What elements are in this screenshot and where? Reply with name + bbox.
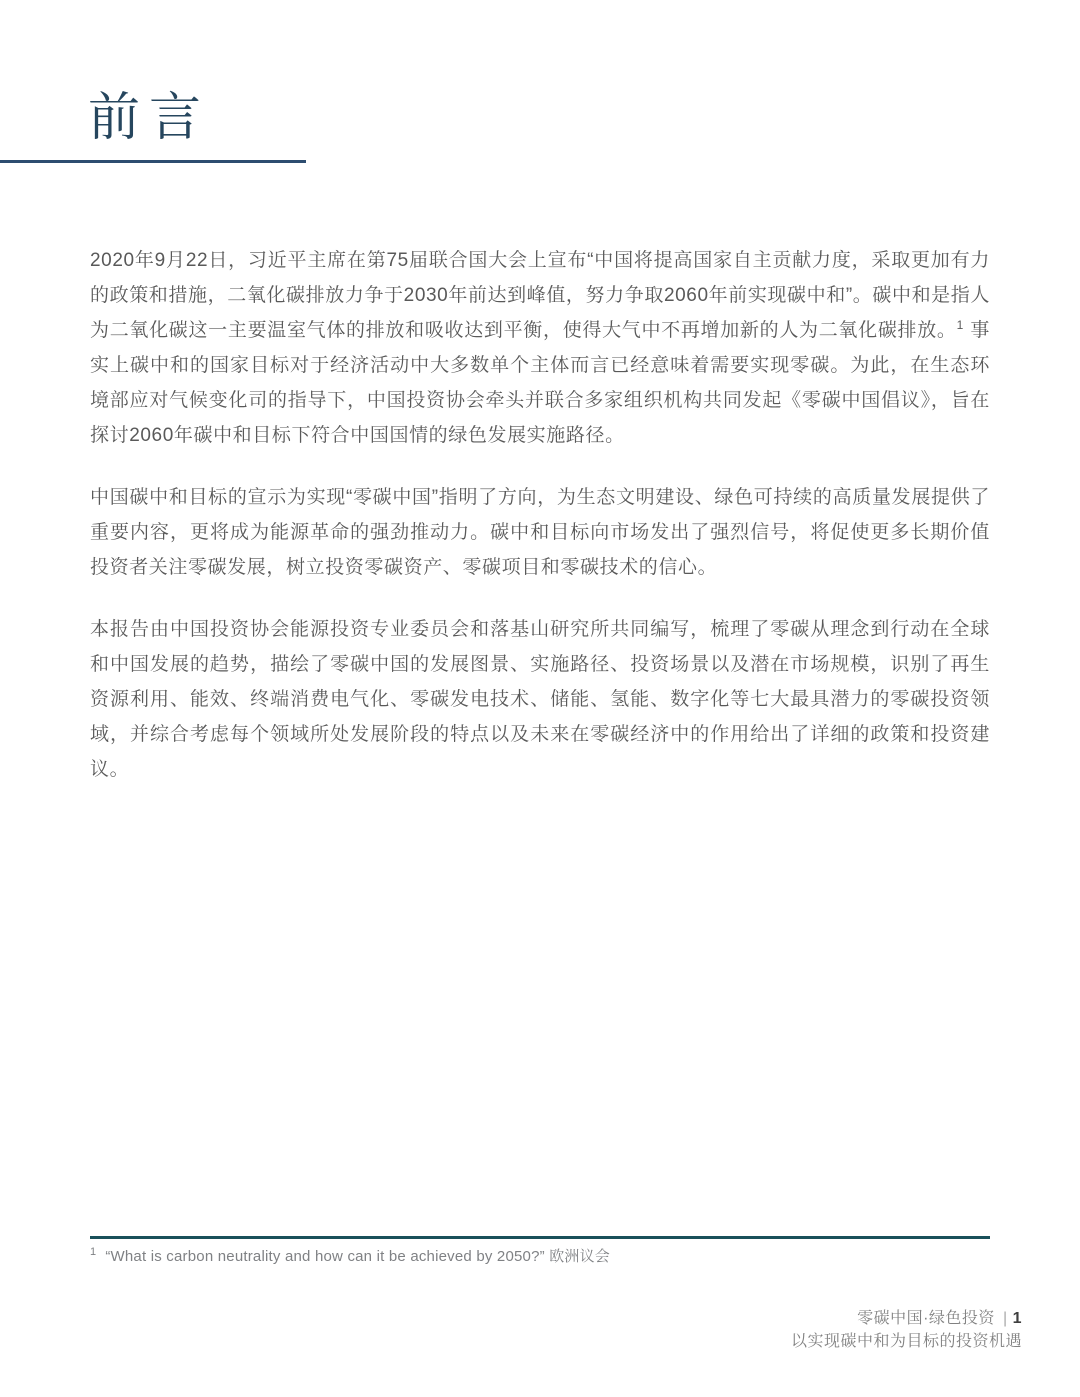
footnote-marker: 1 xyxy=(90,1246,96,1258)
paragraph-1-text-before-ref: 2020年9月22日，习近平主席在第75届联合国大会上宣布“中国将提高国家自主贡… xyxy=(90,250,990,341)
footer-line-1: 零碳中国·绿色投资|1 xyxy=(791,1307,1022,1330)
footnote: 1“What is carbon neutrality and how can … xyxy=(90,1246,990,1267)
paragraph-1: 2020年9月22日，习近平主席在第75届联合国大会上宣布“中国将提高国家自主贡… xyxy=(90,243,990,453)
footer-separator: | xyxy=(1003,1310,1008,1327)
page-footer: 零碳中国·绿色投资|1 以实现碳中和为目标的投资机遇 xyxy=(791,1307,1022,1353)
footnote-reference-1: 1 xyxy=(957,318,964,332)
body-text-block: 2020年9月22日，习近平主席在第75届联合国大会上宣布“中国将提高国家自主贡… xyxy=(90,243,990,814)
document-page: 前言 2020年9月22日，习近平主席在第75届联合国大会上宣布“中国将提高国家… xyxy=(0,0,1080,1397)
footnote-text: “What is carbon neutrality and how can i… xyxy=(105,1248,610,1265)
footer-subtitle: 以实现碳中和为目标的投资机遇 xyxy=(791,1330,1022,1353)
footnote-divider-rule xyxy=(90,1236,990,1239)
title-underline-rule xyxy=(0,160,306,163)
paragraph-2: 中国碳中和目标的宣示为实现“零碳中国”指明了方向，为生态文明建设、绿色可持续的高… xyxy=(90,480,990,585)
footer-page-number: 1 xyxy=(1013,1310,1022,1327)
page-title: 前言 xyxy=(88,84,210,152)
paragraph-3: 本报告由中国投资协会能源投资专业委员会和落基山研究所共同编写，梳理了零碳从理念到… xyxy=(90,612,990,787)
footer-report-title: 零碳中国·绿色投资 xyxy=(857,1310,995,1327)
